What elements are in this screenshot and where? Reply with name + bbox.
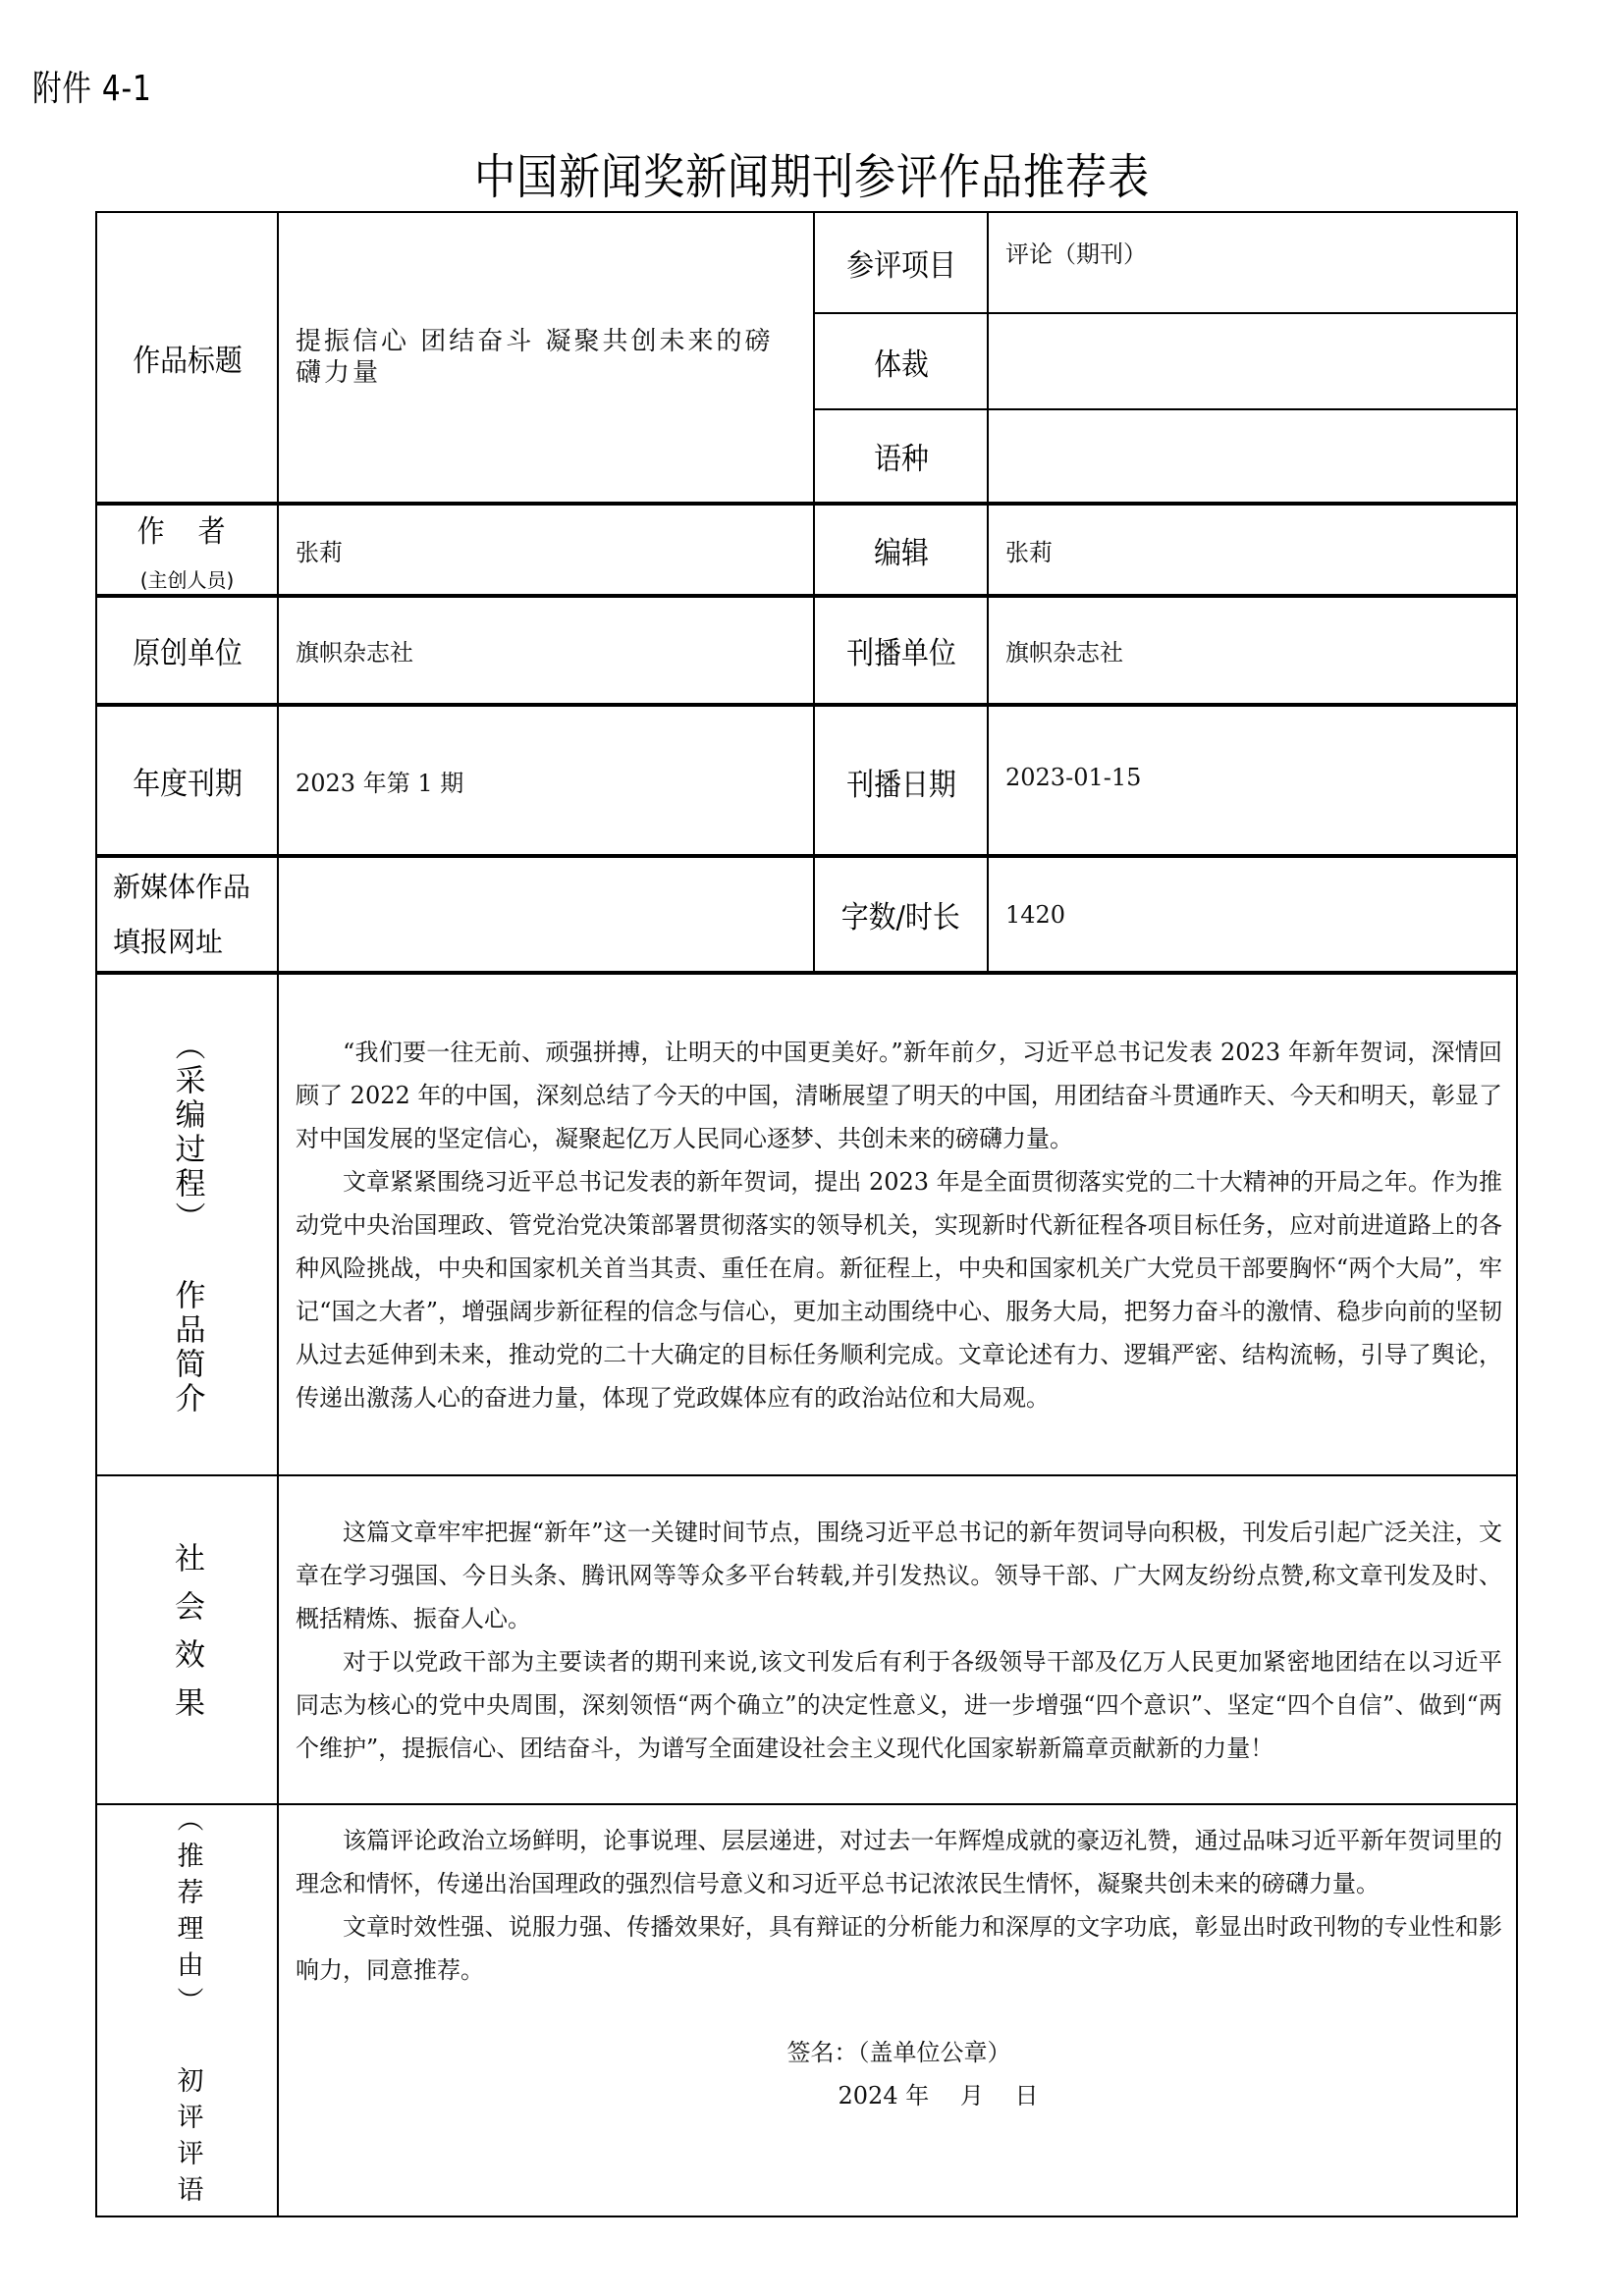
category-value[interactable]: 评论（期刊） (988, 212, 1517, 313)
review-paragraph-2: 文章时效性强、说服力强、传播效果好，具有辩证的分析能力和深厚的文字功底，彰显出时… (296, 1905, 1502, 1992)
language-value[interactable] (988, 409, 1517, 504)
publish-date-label: 刊播日期 (846, 760, 956, 804)
editor-label: 编辑 (874, 528, 929, 572)
genre-value[interactable] (988, 313, 1517, 409)
social-effect-paragraph-1: 这篇文章牢牢把握“新年”这一关键时间节点，围绕习近平总书记的新年贺词导向积极，刊… (296, 1511, 1502, 1640)
recommendation-form-table: 作品标题 提振信心 团结奋斗 凝聚共创未来的磅礴力量 参评项目 评论（期刊） 体… (95, 211, 1518, 2217)
issue-value[interactable]: 2023 年第 1 期 (278, 705, 814, 856)
new-media-url-value[interactable] (278, 856, 814, 973)
summary-text: “我们要一往无前、顽强拼搏，让明天的中国更美好。”新年前夕，习近平总书记发表 2… (278, 973, 1517, 1475)
publish-unit-label: 刊播单位 (846, 628, 956, 672)
work-title-label: 作品标题 (133, 336, 243, 380)
word-count-label: 字数/时长 (841, 892, 960, 936)
document-title: 中国新闻奖新闻期刊参评作品推荐表 (0, 139, 1624, 208)
signature-block: 签名：（盖单位公章） 2024 年 月 日 (296, 2031, 1502, 2117)
publish-date-value[interactable]: 2023-01-15 (988, 705, 1517, 856)
genre-label: 体裁 (874, 340, 929, 384)
review-label-right: ︵推荐理由︶ (173, 1805, 203, 2023)
word-count-label-cell: 字数/时长 (814, 856, 988, 973)
signature-label[interactable]: 签名：（盖单位公章） (296, 2031, 1502, 2074)
editor-value[interactable]: 张莉 (988, 504, 1517, 596)
original-unit-value[interactable]: 旗帜杂志社 (278, 596, 814, 705)
issue-label: 年度刊期 (133, 759, 243, 803)
social-effect-paragraph-2: 对于以党政干部为主要读者的期刊来说,该文刊发后有利于各级领导干部及亿万人民更加紧… (296, 1640, 1502, 1770)
new-media-url-label-line1: 新媒体作品 (113, 860, 277, 915)
review-label-left: 初评评语 (166, 2023, 209, 2212)
work-title-value[interactable]: 提振信心 团结奋斗 凝聚共创未来的磅礴力量 (278, 212, 814, 504)
summary-paragraph-2: 文章紧紧围绕习近平总书记发表的新年贺词，提出 2023 年是全面贯彻落实党的二十… (296, 1160, 1502, 1419)
summary-label: ︵采编过程︶作品简介 (166, 1030, 209, 1416)
issue-label-cell: 年度刊期 (96, 705, 278, 856)
social-effect-label-cell: 社会效果 (96, 1475, 278, 1804)
document-title-text: 中国新闻奖新闻期刊参评作品推荐表 (474, 139, 1150, 208)
genre-label-cell: 体裁 (814, 313, 988, 409)
author-label: 作 者 (136, 507, 237, 551)
review-text: 该篇评论政治立场鲜明，论事说理、层层递进，对过去一年辉煌成就的豪迈礼赞，通过品味… (278, 1804, 1517, 2216)
author-sublabel: (主创人员) (97, 564, 277, 593)
review-paragraph-1: 该篇评论政治立场鲜明，论事说理、层层递进，对过去一年辉煌成就的豪迈礼赞，通过品味… (296, 1819, 1502, 1905)
social-effect-text: 这篇文章牢牢把握“新年”这一关键时间节点，围绕习近平总书记的新年贺词导向积极，刊… (278, 1475, 1517, 1804)
work-title-label-cell: 作品标题 (96, 212, 278, 504)
author-label-cell: 作 者 (主创人员) (96, 504, 278, 596)
language-label: 语种 (874, 434, 929, 478)
original-unit-label-cell: 原创单位 (96, 596, 278, 705)
category-label: 参评项目 (846, 240, 956, 285)
summary-paragraph-1: “我们要一往无前、顽强拼搏，让明天的中国更美好。”新年前夕，习近平总书记发表 2… (296, 1031, 1502, 1160)
editor-label-cell: 编辑 (814, 504, 988, 596)
author-value[interactable]: 张莉 (278, 504, 814, 596)
summary-label-right: ︵采编过程︶ (170, 1030, 205, 1236)
summary-label-left: 作品简介 (166, 1236, 209, 1416)
publish-date-label-cell: 刊播日期 (814, 705, 988, 856)
signature-date[interactable]: 2024 年 月 日 (296, 2074, 1502, 2117)
publish-unit-value[interactable]: 旗帜杂志社 (988, 596, 1517, 705)
summary-label-cell: ︵采编过程︶作品简介 (96, 973, 278, 1475)
review-label: ︵推荐理由︶初评评语 (166, 1805, 209, 2212)
new-media-url-label-line2: 填报网址 (113, 915, 277, 970)
new-media-url-label-cell: 新媒体作品 填报网址 (96, 856, 278, 973)
publish-unit-label-cell: 刊播单位 (814, 596, 988, 705)
language-label-cell: 语种 (814, 409, 988, 504)
attachment-number: 附件 4-1 (32, 61, 152, 111)
category-label-cell: 参评项目 (814, 212, 988, 313)
original-unit-label: 原创单位 (133, 628, 243, 672)
review-label-cell: ︵推荐理由︶初评评语 (96, 1804, 278, 2216)
social-effect-label: 社会效果 (165, 1542, 209, 1735)
word-count-value[interactable]: 1420 (988, 856, 1517, 973)
